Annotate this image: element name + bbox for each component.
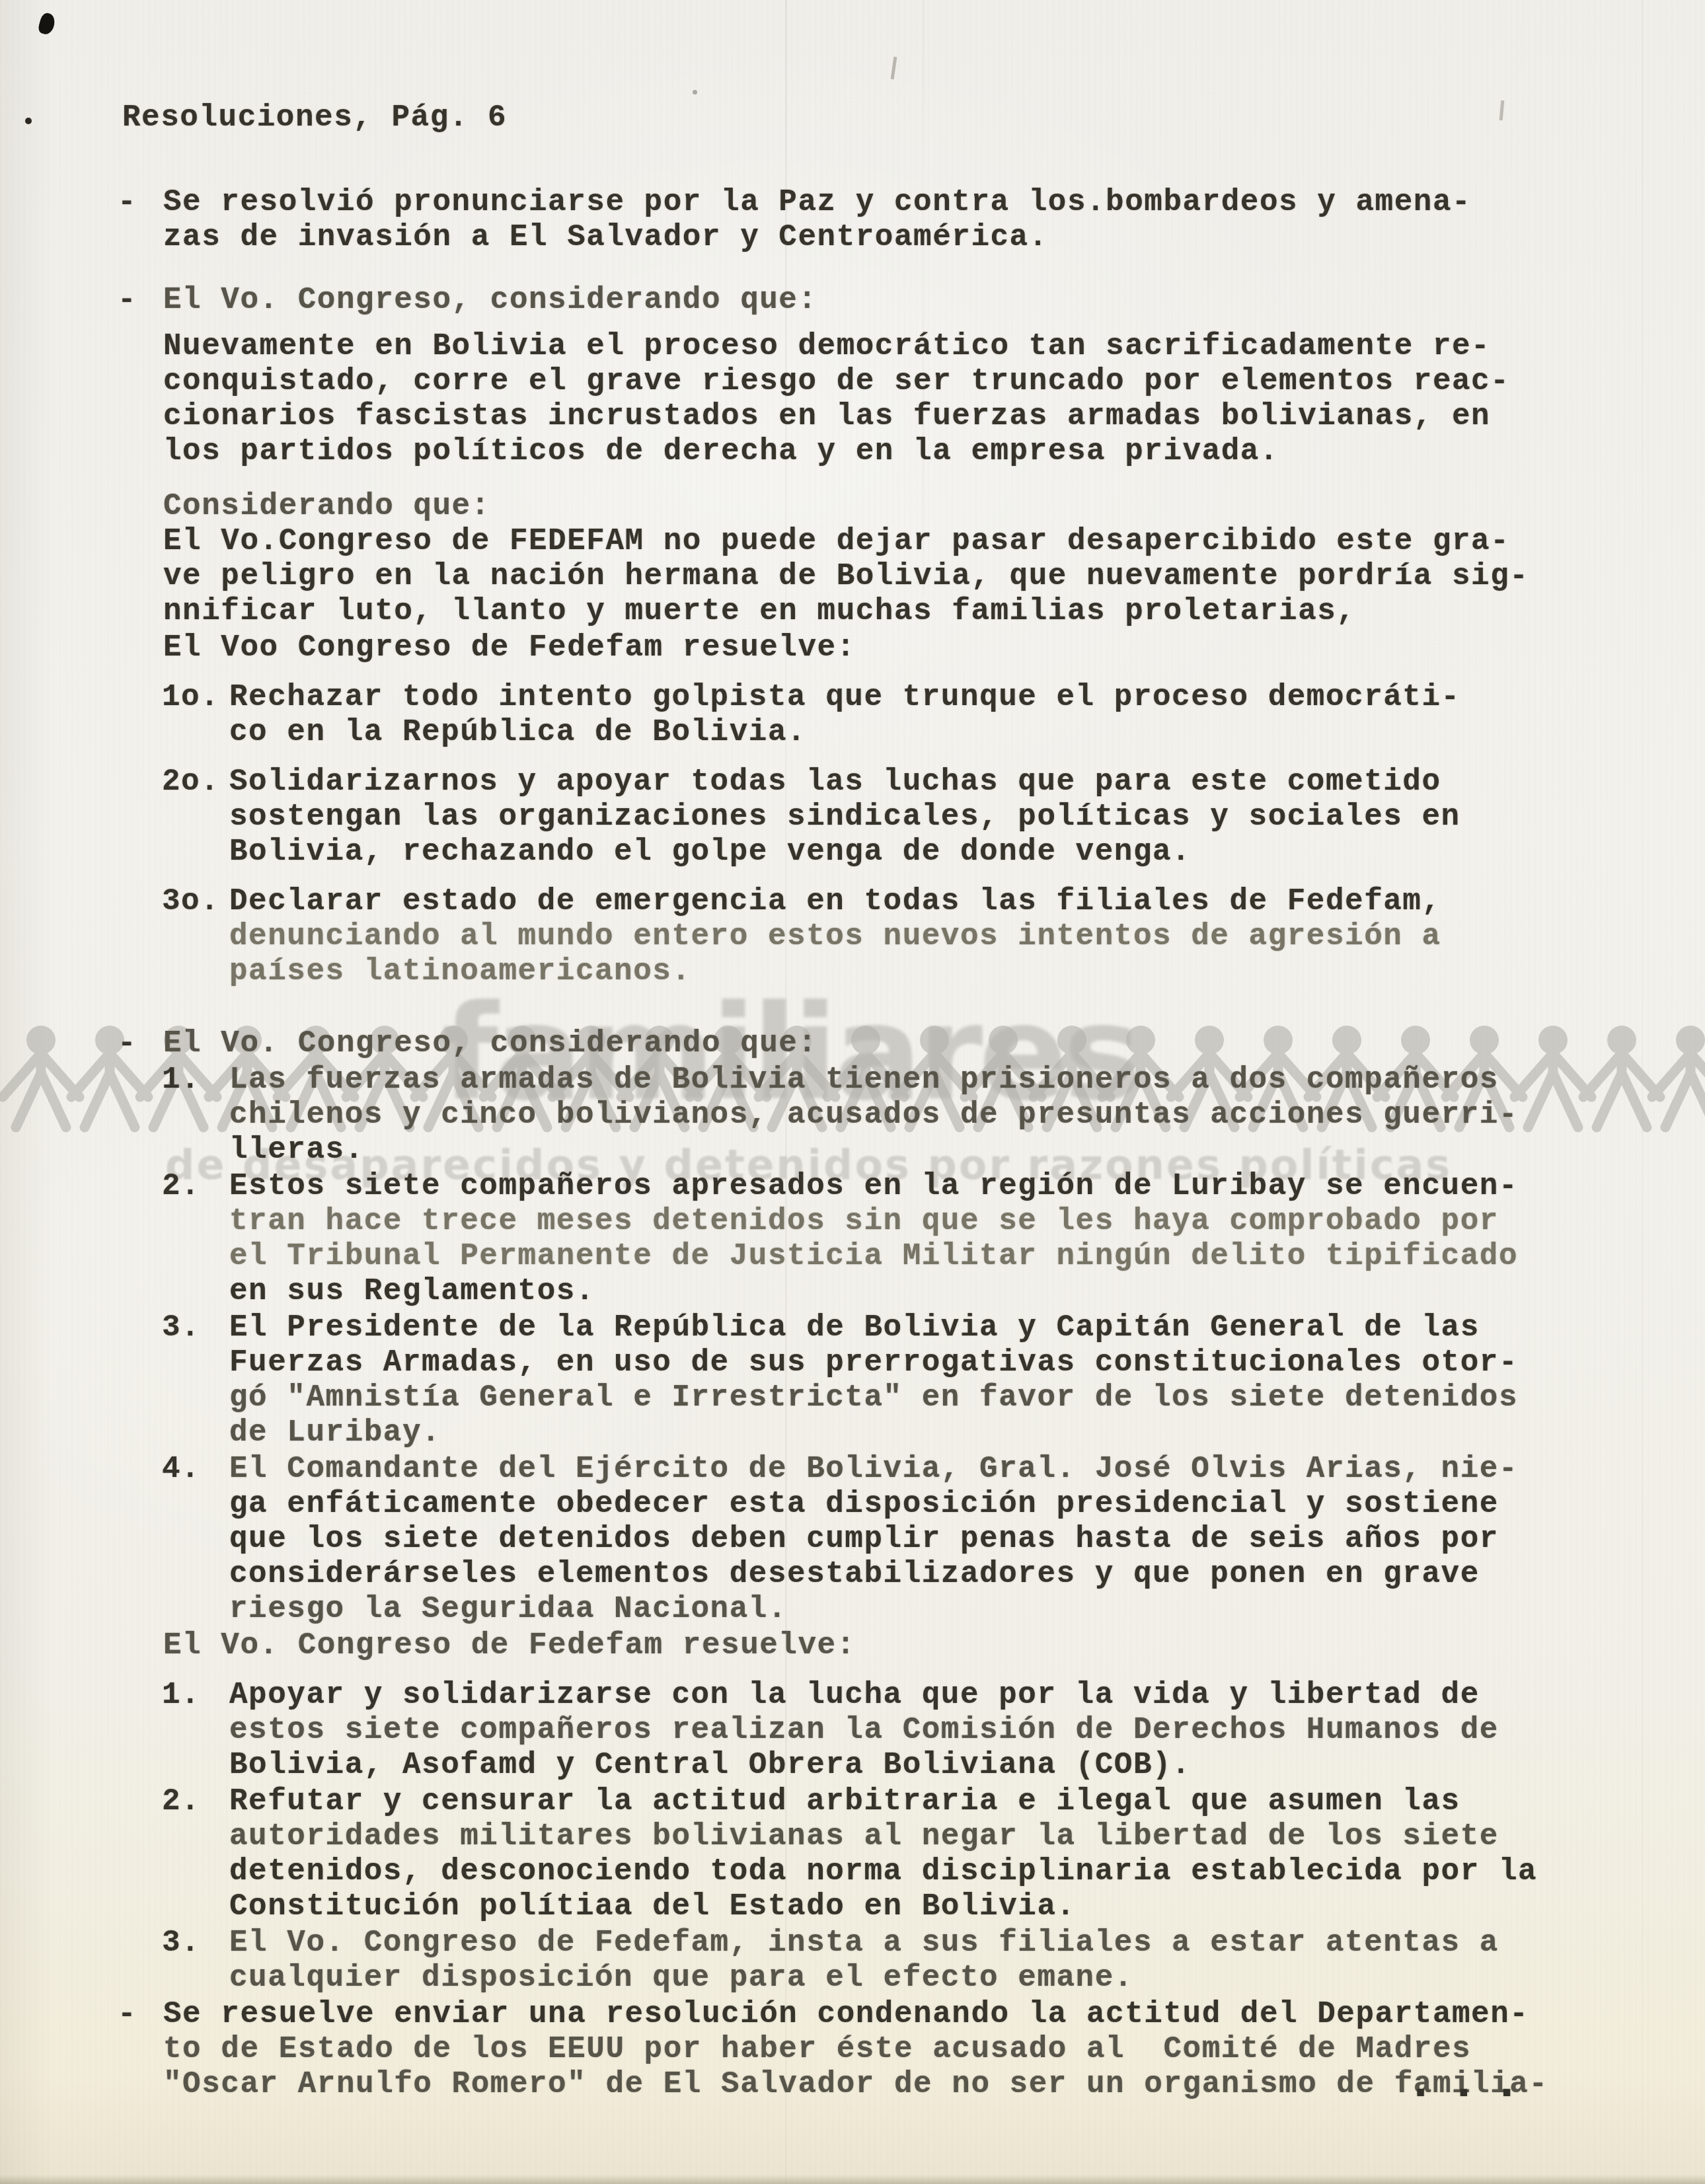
congreso-considerando-1: -El Vo. Congreso, considerando que: <box>0 283 1705 318</box>
resuelve2-item-3: 3.El Vo. Congreso de Fedefam, insta a su… <box>0 1926 1705 1996</box>
list-marker: 1. <box>162 1678 200 1713</box>
text-line: Constitución polítiaa del Estado en Boli… <box>229 1889 1705 1924</box>
scanned-document-page: familiares de desaparecidos y detenidos … <box>0 0 1705 2184</box>
text-line: co en la República de Bolivia. <box>229 715 1705 750</box>
item-1o: 1o.Rechazar todo intento golpista que tr… <box>0 680 1705 750</box>
resuelve2-item-2: 2.Refutar y censurar la actitud arbitrar… <box>0 1784 1705 1924</box>
item-3o: 3o.Declarar estado de emergencia en toda… <box>0 884 1705 989</box>
text-line: Refutar y censurar la actitud arbitraria… <box>229 1784 1705 1819</box>
text-line: que los siete detenidos deben cumplir pe… <box>229 1522 1705 1557</box>
text-line: ve peligro en la nación hermana de Boliv… <box>163 559 1705 594</box>
congreso-considerando-2: -El Vo. Congreso, considerando que: <box>0 1026 1705 1061</box>
list-marker: 2. <box>162 1784 200 1819</box>
resuelve-2: El Vo. Congreso de Fedefam resuelve: <box>0 1628 1705 1663</box>
considerando-item-4: 4.El Comandante del Ejército de Bolivia,… <box>0 1452 1705 1627</box>
text-line: El Comandante del Ejército de Bolivia, G… <box>229 1452 1705 1487</box>
text-line: de Luribay. <box>229 1415 1705 1450</box>
resolution-paz: -Se resolvió pronunciarse por la Paz y c… <box>0 185 1705 255</box>
text-line: tran hace trece meses detenidos sin que … <box>229 1204 1705 1239</box>
list-marker: 1. <box>162 1063 200 1098</box>
text-line: Apoyar y solidarizarse con la lucha que … <box>229 1678 1705 1713</box>
text-line: Rechazar todo intento golpista que trunq… <box>229 680 1705 715</box>
text-line: denunciando al mundo entero estos nuevos… <box>229 919 1705 954</box>
resuelve-1: El Voo Congreso de Fedefam resuelve: <box>0 630 1705 665</box>
list-marker: 3. <box>162 1926 200 1961</box>
text-line: sostengan las organizaciones sindicales,… <box>229 800 1705 835</box>
text-line: Considerando que: <box>163 489 1705 524</box>
text-line: cionarios fascistas incrustados en las f… <box>163 399 1705 434</box>
text-line: El Presidente de la República de Bolivia… <box>229 1310 1705 1345</box>
text-line: estos siete compañeros realizan la Comis… <box>229 1713 1705 1748</box>
parrafo-bolivia: Nuevamente en Bolivia el proceso democrá… <box>0 329 1705 469</box>
text-line: Resoluciones, Pág. 6 <box>122 100 1705 135</box>
text-line: detenidos, desconociendo toda norma disc… <box>229 1854 1705 1889</box>
list-marker: - <box>118 185 137 220</box>
list-marker: 3. <box>162 1310 200 1345</box>
text-line: chilenos y cinco bolivianos, acusados de… <box>229 1098 1705 1133</box>
typewritten-text: Resoluciones, Pág. 6-Se resolvió pronunc… <box>0 0 1705 2184</box>
text-line: nnificar luto, llanto y muerte en muchas… <box>163 594 1705 629</box>
text-line: Se resuelve enviar una resolución conden… <box>163 1997 1705 2032</box>
considerando-item-2: 2.Estos siete compañeros apresados en la… <box>0 1169 1705 1309</box>
text-line: El Vo.Congreso de FEDEFAM no puede dejar… <box>163 524 1705 559</box>
text-line: lleras. <box>229 1133 1705 1168</box>
text-line: los partidos políticos de derecha y en l… <box>163 434 1705 469</box>
text-line: ga enfáticamente obedecer esta disposici… <box>229 1487 1705 1522</box>
list-marker: 4. <box>162 1452 200 1487</box>
text-line: zas de invasión a El Salvador y Centroam… <box>163 220 1705 255</box>
text-line: Bolivia, Asofamd y Central Obrera Bolivi… <box>229 1748 1705 1783</box>
list-marker: 2o. <box>162 765 219 800</box>
considerando-item-1: 1.Las fuerzas armadas de Bolivia tienen … <box>0 1063 1705 1168</box>
text-line: Nuevamente en Bolivia el proceso democrá… <box>163 329 1705 364</box>
text-line: riesgo la Seguridaa Nacional. <box>229 1592 1705 1627</box>
text-line: en sus Reglamentos. <box>229 1274 1705 1309</box>
resuelve2-item-1: 1.Apoyar y solidarizarse con la lucha qu… <box>0 1678 1705 1783</box>
ellipsis: ... <box>1406 2067 1536 2100</box>
text-line: El Vo. Congreso, considerando que: <box>163 283 1705 318</box>
text-line: países latinoamericanos. <box>229 954 1705 989</box>
list-marker: - <box>118 283 137 318</box>
text-line: considerárseles elementos desestabilizad… <box>229 1557 1705 1592</box>
scan-edge-shadow <box>0 2175 1705 2184</box>
text-line: el Tribunal Permanente de Justicia Milit… <box>229 1239 1705 1274</box>
considerando-item-3: 3.El Presidente de la República de Boliv… <box>0 1310 1705 1450</box>
item-2o: 2o.Solidarizarnos y apoyar todas las luc… <box>0 765 1705 870</box>
ink-speck <box>25 118 32 124</box>
text-line: conquistado, corre el grave riesgo de se… <box>163 364 1705 399</box>
text-line: autoridades militares bolivianas al nega… <box>229 1819 1705 1854</box>
list-marker: 1o. <box>162 680 219 715</box>
text-line: cualquier disposición que para el efecto… <box>229 1961 1705 1996</box>
text-line: El Vo. Congreso de Fedefam, insta a sus … <box>229 1926 1705 1961</box>
list-marker: 3o. <box>162 884 219 919</box>
list-marker: - <box>118 1026 137 1061</box>
text-line: Se resolvió pronunciarse por la Paz y co… <box>163 185 1705 220</box>
text-line: El Vo. Congreso de Fedefam resuelve: <box>163 1628 1705 1663</box>
considerando-fedefam: Considerando que:El Vo.Congreso de FEDEF… <box>0 489 1705 629</box>
text-line: El Voo Congreso de Fedefam resuelve: <box>163 630 1705 665</box>
text-line: Fuerzas Armadas, en uso de sus prerrogat… <box>229 1345 1705 1380</box>
text-line: Bolivia, rechazando el golpe venga de do… <box>229 835 1705 870</box>
text-line: El Vo. Congreso, considerando que: <box>163 1026 1705 1061</box>
text-line: Declarar estado de emergencia en todas l… <box>229 884 1705 919</box>
text-line: Estos siete compañeros apresados en la r… <box>229 1169 1705 1204</box>
text-line: gó "Amnistía General e Irrestricta" en f… <box>229 1380 1705 1415</box>
page-header: Resoluciones, Pág. 6 <box>0 100 1705 135</box>
list-marker: 2. <box>162 1169 200 1204</box>
list-marker: - <box>118 1997 137 2032</box>
text-line: Las fuerzas armadas de Bolivia tienen pr… <box>229 1063 1705 1098</box>
text-line: Solidarizarnos y apoyar todas las luchas… <box>229 765 1705 800</box>
